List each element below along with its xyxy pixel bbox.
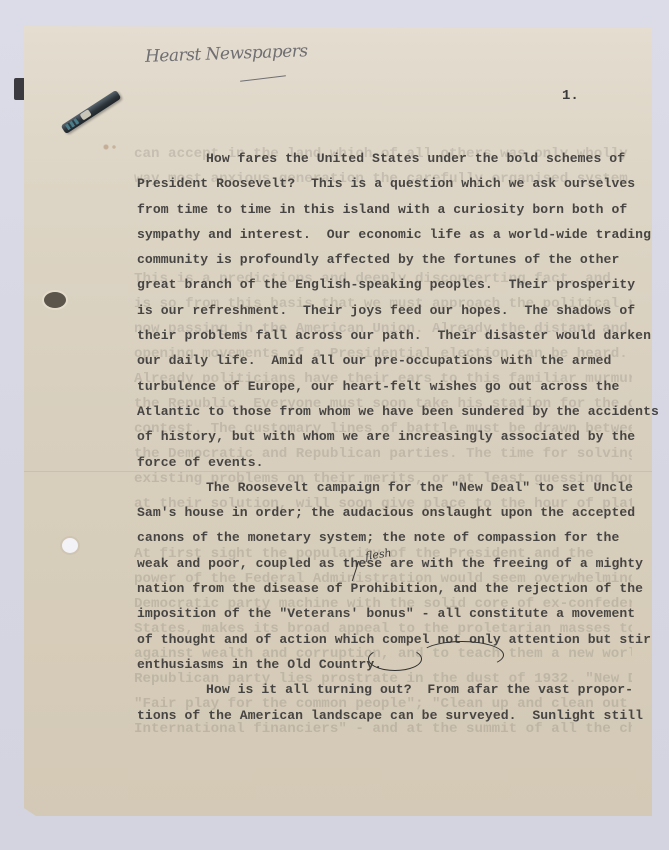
text-line: tions of the American landscape can be s… — [137, 703, 657, 728]
editorial-circle-mark — [368, 647, 422, 671]
text-line: Atlantic to those from whom we have been… — [137, 399, 657, 424]
text-line: sympathy and interest. Our economic life… — [137, 222, 657, 247]
page-number: 1. — [562, 88, 579, 104]
text-line: turbulence of Europe, our heart-felt wis… — [137, 374, 657, 399]
text-line: nation from the disease of Prohibition, … — [137, 576, 657, 601]
editorial-transpose-mark — [420, 641, 504, 669]
text-line: Sam's house in order; the audacious onsl… — [137, 500, 657, 525]
text-line: How is it all turning out? From afar the… — [137, 677, 657, 702]
rust-stain — [86, 140, 126, 154]
text-line: President Roosevelt? This is a question … — [137, 171, 657, 196]
text-line: weak and poor, coupled as these are with… — [137, 551, 657, 576]
text-line: canons of the monetary system; the note … — [137, 525, 657, 550]
text-line: great branch of the English-speaking peo… — [137, 272, 657, 297]
text-line: their problems fall across our path. The… — [137, 323, 657, 348]
text-line: How fares the United States under the bo… — [137, 146, 657, 171]
text-line: our daily life. Amid all our pre-occupat… — [137, 348, 657, 373]
body-text: How fares the United States under the bo… — [137, 146, 657, 728]
text-line: community is profoundly affected by the … — [137, 247, 657, 272]
text-line: is our refreshment. Their joys feed our … — [137, 298, 657, 323]
text-line: imposition of the "Veterans' bonus" - al… — [137, 601, 657, 626]
text-line: of history, but with whom we are increas… — [137, 424, 657, 449]
punch-hole — [62, 538, 78, 553]
text-line: The Roosevelt campaign for the "New Deal… — [137, 475, 657, 500]
text-line: force of events. — [137, 450, 657, 475]
text-line: from time to time in this island with a … — [137, 197, 657, 222]
punch-hole — [44, 292, 66, 308]
